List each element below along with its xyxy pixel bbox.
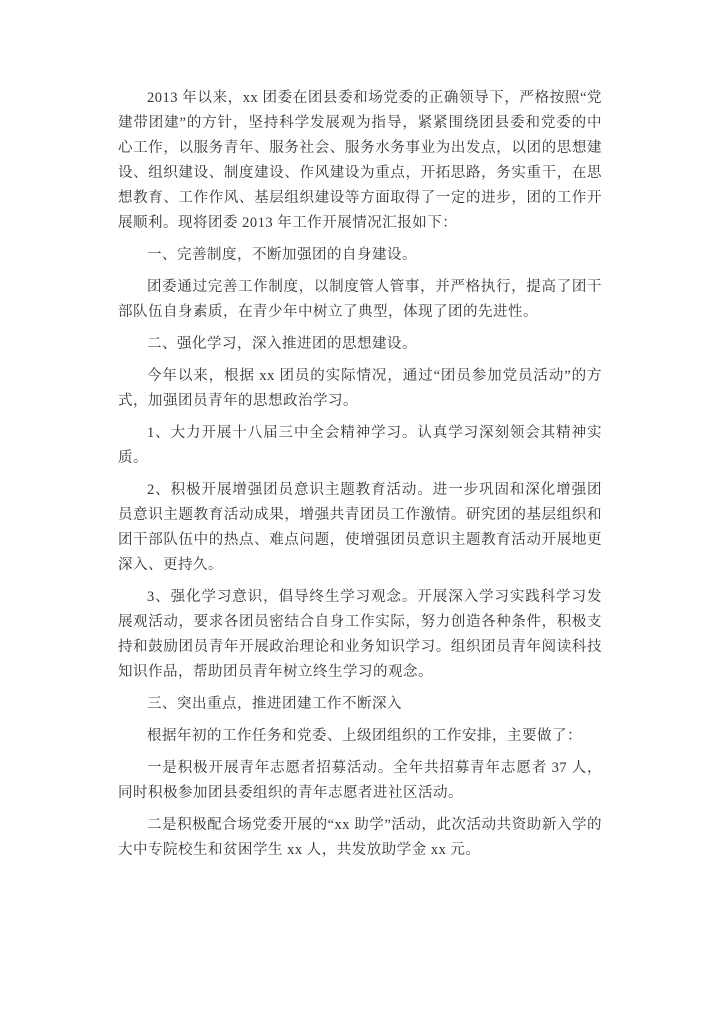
heading-section-3: 三、突出重点，推进团建工作不断深入 [118, 692, 602, 717]
paragraph-item-2: 2、积极开展增强团员意识主题教育活动。进一步巩固和深化增强团员意识主题教育活动成… [118, 478, 602, 578]
heading-section-2: 二、强化学习，深入推进团的思想建设。 [118, 332, 602, 357]
paragraph-intro: 2013 年以来，xx 团委在团县委和场党委的正确领导下，严格按照“党建带团建”… [118, 86, 602, 236]
paragraph-item-3: 3、强化学习意识，倡导终生学习观念。开展深入学习实践科学习发展观活动，要求各团员… [118, 585, 602, 685]
paragraph-point-1: 一是积极开展青年志愿者招募活动。全年共招募青年志愿者 37 人，同时积极参加团县… [118, 756, 602, 806]
paragraph: 团委通过完善工作制度，以制度管人管事，并严格执行，提高了团干部队伍自身素质，在青… [118, 275, 602, 325]
document-page: 2013 年以来，xx 团委在团县委和场党委的正确领导下，严格按照“党建带团建”… [0, 0, 720, 1017]
paragraph: 根据年初的工作任务和党委、上级团组织的工作安排，主要做了： [118, 724, 602, 749]
paragraph: 今年以来，根据 xx 团员的实际情况，通过“团员参加党员活动”的方式，加强团员青… [118, 364, 602, 414]
paragraph-point-2: 二是积极配合场党委开展的“xx 助学”活动，此次活动共资助新入学的大中专院校生和… [118, 813, 602, 863]
document-body: 2013 年以来，xx 团委在团县委和场党委的正确领导下，严格按照“党建带团建”… [118, 86, 602, 863]
paragraph-item-1: 1、大力开展十八届三中全会精神学习。认真学习深刻领会其精神实质。 [118, 421, 602, 471]
heading-section-1: 一、完善制度，不断加强团的自身建设。 [118, 243, 602, 268]
